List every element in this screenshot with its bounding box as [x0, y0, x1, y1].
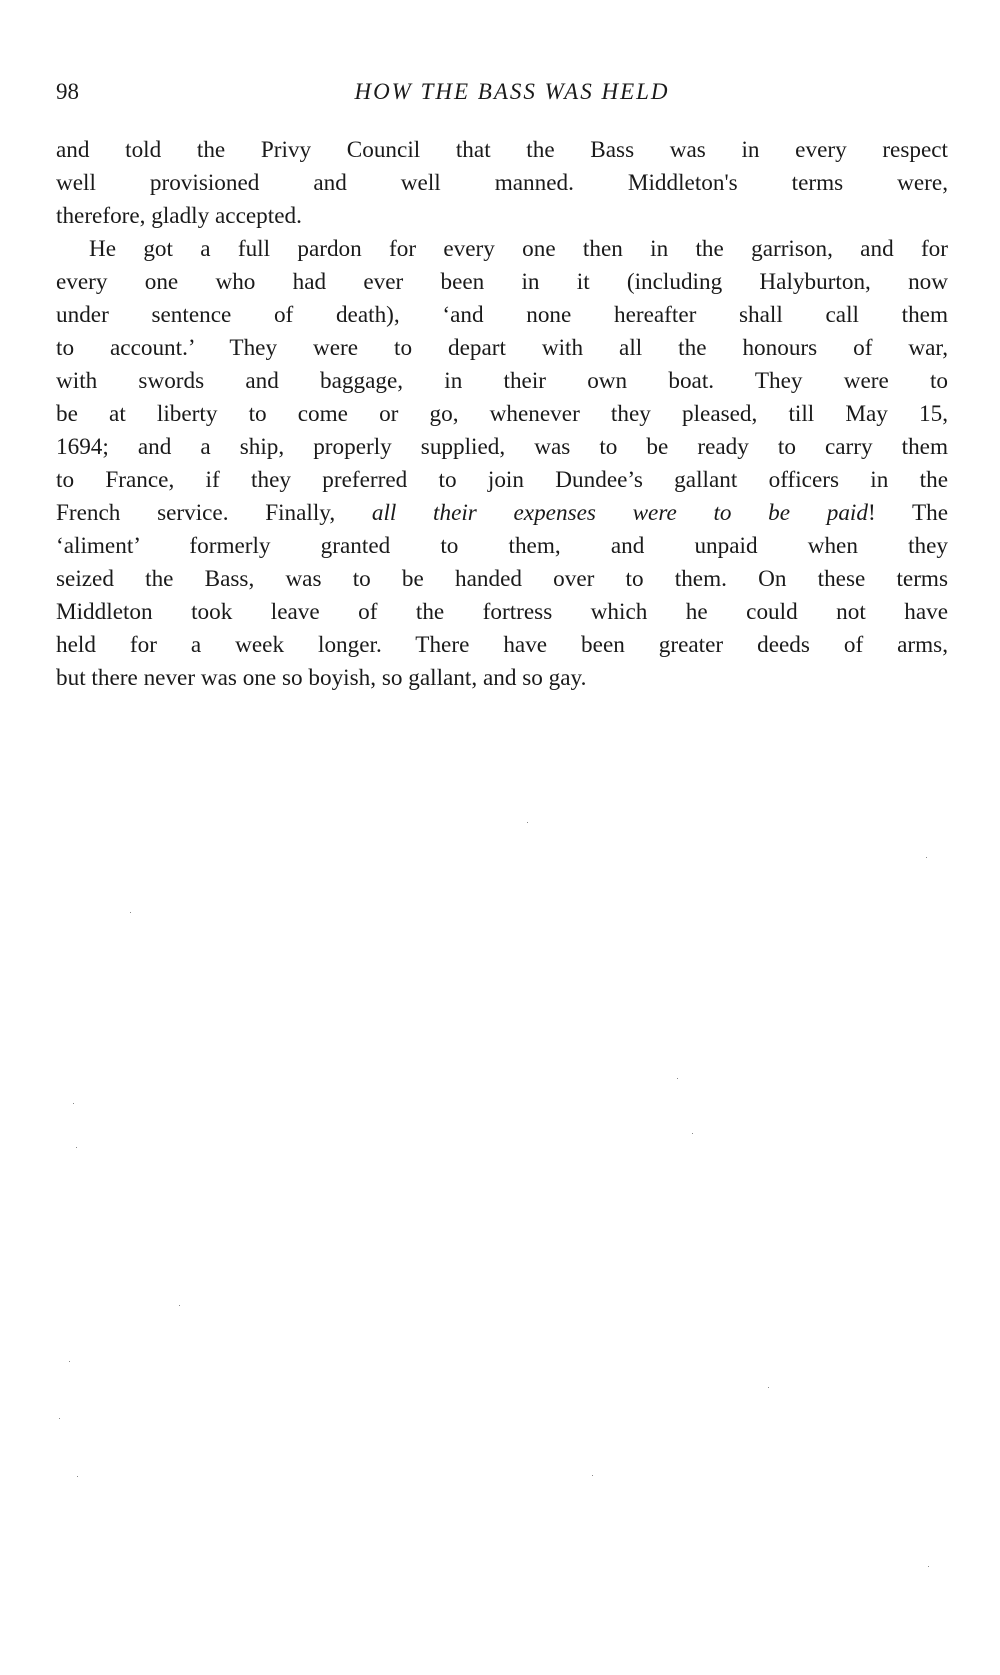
scan-speck: [130, 912, 131, 913]
chapter-title: HOW THE BASS WAS HELD: [56, 72, 948, 112]
text-line: 1694; and a ship, properly supplied, was…: [56, 431, 948, 464]
scan-speck: [76, 1147, 77, 1148]
text-line: every one who had ever been in it (inclu…: [56, 266, 948, 299]
text-line: He got a full pardon for every one then …: [56, 233, 948, 266]
scan-speck: [179, 1305, 180, 1306]
text-line: seized the Bass, was to be handed over t…: [56, 563, 948, 596]
paragraph-1: and told the Privy Council that the Bass…: [56, 134, 948, 233]
scan-speck: [768, 1387, 769, 1388]
text-line: to account.’ They were to depart with al…: [56, 332, 948, 365]
text-line: ‘aliment’ formerly granted to them, and …: [56, 530, 948, 563]
text-line: held for a week longer. There have been …: [56, 629, 948, 662]
scan-speck: [77, 1476, 78, 1477]
scan-speck: [592, 1475, 593, 1476]
italic-emphasis: all their expenses were to be paid: [372, 500, 868, 526]
text-line: but there never was one so boyish, so ga…: [56, 662, 948, 695]
text-line: under sentence of death), ‘and none here…: [56, 299, 948, 332]
text-line-with-emphasis: French service. Finally, all their expen…: [56, 497, 948, 530]
scan-speck: [677, 1078, 678, 1079]
text-line: well provisioned and well manned. Middle…: [56, 167, 948, 200]
scan-speck: [59, 1418, 60, 1419]
text-line: to France, if they preferred to join Dun…: [56, 464, 948, 497]
text-line: Middleton took leave of the fortress whi…: [56, 596, 948, 629]
scan-speck: [926, 857, 927, 858]
scan-speck: [692, 1133, 693, 1134]
line-suffix: ! The: [868, 500, 948, 526]
line-prefix: French service. Finally,: [56, 500, 372, 526]
paragraph-2: He got a full pardon for every one then …: [56, 233, 948, 695]
scan-speck: [527, 822, 528, 823]
scan-speck: [69, 1361, 70, 1362]
text-line: and told the Privy Council that the Bass…: [56, 134, 948, 167]
text-line: with swords and baggage, in their own bo…: [56, 365, 948, 398]
scan-speck: [928, 1566, 929, 1567]
running-head: 98 HOW THE BASS WAS HELD: [56, 72, 948, 112]
body-text: and told the Privy Council that the Bass…: [56, 134, 948, 695]
scan-speck: [73, 1103, 74, 1104]
text-line: therefore, gladly accepted.: [56, 200, 948, 233]
text-line: be at liberty to come or go, whenever th…: [56, 398, 948, 431]
book-page: 98 HOW THE BASS WAS HELD and told the Pr…: [56, 72, 948, 695]
